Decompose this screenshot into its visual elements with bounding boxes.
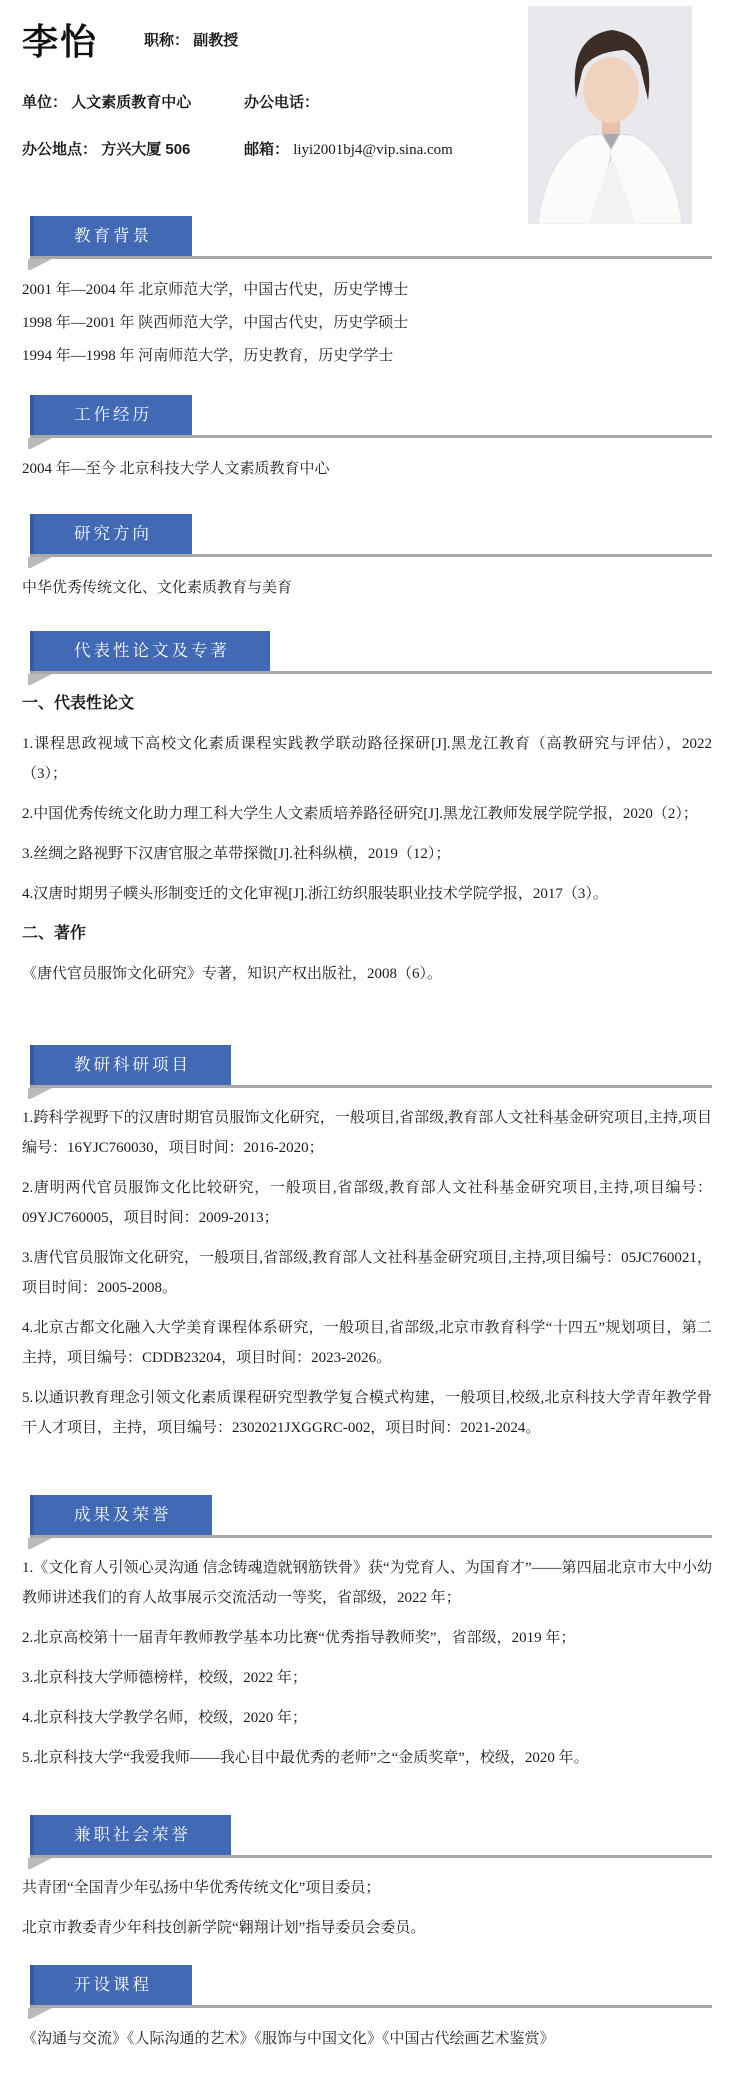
honors-heading: 成果及荣誉	[30, 1495, 212, 1535]
papers-subheading: 一、代表性论文	[22, 689, 712, 719]
book-item: 《唐代官员服饰文化研究》专著，知识产权出版社，2008（6）。	[22, 959, 712, 989]
heading-fold-decoration	[28, 2008, 52, 2019]
project-item: 1.跨科学视野下的汉唐时期官员服饰文化研究，一般项目,省部级,教育部人文社科基金…	[22, 1103, 712, 1163]
publications-list: 一、代表性论文 1.课程思政视域下高校文化素质课程实践教学联动路径探研[J].黑…	[22, 689, 712, 989]
education-heading-row: 教育背景	[22, 216, 712, 256]
projects-list: 1.跨科学视野下的汉唐时期官员服饰文化研究，一般项目,省部级,教育部人文社科基金…	[22, 1103, 712, 1443]
phone-label: 办公电话：	[244, 94, 319, 111]
research-heading-row: 研究方向	[22, 514, 712, 554]
books-subheading: 二、著作	[22, 919, 712, 949]
office-label: 办公地点：	[22, 141, 97, 158]
courses-list: 《沟通与交流》《人际沟通的艺术》《服饰与中国文化》《中国古代绘画艺术鉴赏》	[22, 2023, 712, 2056]
research-heading: 研究方向	[30, 514, 192, 554]
unit-field: 单位： 人文素质教育中心	[22, 91, 244, 112]
courses-heading: 开设课程	[30, 1965, 192, 2005]
education-item: 2001 年—2004 年 北京师范大学，中国古代史，历史学博士	[22, 274, 712, 307]
title-value: 副教授	[193, 32, 238, 49]
profile-name: 李怡	[22, 14, 98, 65]
section-education: 教育背景 2001 年—2004 年 北京师范大学，中国古代史，历史学博士 19…	[22, 216, 712, 373]
section-social-honors: 兼职社会荣誉 共青团“全国青少年弘扬中华优秀传统文化”项目委员； 北京市教委青少…	[22, 1815, 712, 1943]
publications-heading-row: 代表性论文及专著	[22, 631, 712, 671]
social-item: 北京市教委青少年科技创新学院“翱翔计划”指导委员会委员。	[22, 1913, 712, 1943]
work-item: 2004 年—至今 北京科技大学人文素质教育中心	[22, 453, 712, 486]
section-honors: 成果及荣誉 1.《文化育人引领心灵沟通 信念铸魂造就钢筋铁骨》获“为党育人、为国…	[22, 1495, 712, 1773]
projects-heading: 教研科研项目	[30, 1045, 231, 1085]
office-value: 方兴大厦 506	[101, 141, 190, 158]
heading-fold-decoration	[28, 259, 52, 270]
title-field: 职称： 副教授	[144, 29, 238, 50]
paper-item: 2.中国优秀传统文化助力理工科大学生人文素质培养路径研究[J].黑龙江教师发展学…	[22, 799, 712, 829]
unit-label: 单位：	[22, 94, 67, 111]
heading-fold-decoration	[28, 438, 52, 449]
social-list: 共青团“全国青少年弘扬中华优秀传统文化”项目委员； 北京市教委青少年科技创新学院…	[22, 1873, 712, 1943]
project-item: 5.以通识教育理念引领文化素质课程研究型教学复合模式构建，一般项目,校级,北京科…	[22, 1383, 712, 1443]
section-projects: 教研科研项目 1.跨科学视野下的汉唐时期官员服饰文化研究，一般项目,省部级,教育…	[22, 1045, 712, 1443]
email-value: liyi2001bj4@vip.sina.com	[293, 142, 453, 158]
work-heading: 工作经历	[30, 395, 192, 435]
profile-header: 李怡 职称： 副教授 单位： 人文素质教育中心 办公电话： 办公地点： 方兴大厦…	[22, 0, 712, 212]
paper-item: 1.课程思政视域下高校文化素质课程实践教学联动路径探研[J].黑龙江教育（高教研…	[22, 729, 712, 789]
research-item: 中华优秀传统文化、文化素质教育与美育	[22, 572, 712, 605]
heading-fold-decoration	[28, 674, 52, 685]
honors-heading-row: 成果及荣誉	[22, 1495, 712, 1535]
honor-item: 4.北京科技大学教学名师，校级，2020 年；	[22, 1703, 712, 1733]
honors-list: 1.《文化育人引领心灵沟通 信念铸魂造就钢筋铁骨》获“为党育人、为国育才”——第…	[22, 1553, 712, 1773]
projects-heading-row: 教研科研项目	[22, 1045, 712, 1085]
office-field: 办公地点： 方兴大厦 506	[22, 138, 244, 159]
phone-field: 办公电话：	[244, 91, 502, 112]
heading-fold-decoration	[28, 557, 52, 568]
education-item: 1998 年—2001 年 陕西师范大学，中国古代史，历史学硕士	[22, 307, 712, 340]
social-heading-row: 兼职社会荣誉	[22, 1815, 712, 1855]
faculty-profile-page: 李怡 职称： 副教授 单位： 人文素质教育中心 办公电话： 办公地点： 方兴大厦…	[0, 0, 738, 2086]
course-item: 《沟通与交流》《人际沟通的艺术》《服饰与中国文化》《中国古代绘画艺术鉴赏》	[22, 2023, 712, 2056]
email-label: 邮箱：	[244, 141, 289, 158]
section-research-direction: 研究方向 中华优秀传统文化、文化素质教育与美育	[22, 514, 712, 605]
email-field: 邮箱： liyi2001bj4@vip.sina.com	[244, 138, 502, 159]
social-heading: 兼职社会荣誉	[30, 1815, 231, 1855]
work-heading-row: 工作经历	[22, 395, 712, 435]
education-heading: 教育背景	[30, 216, 192, 256]
heading-fold-decoration	[28, 1538, 52, 1549]
paper-item: 3.丝绸之路视野下汉唐官服之革带探微[J].社科纵横，2019（12）；	[22, 839, 712, 869]
work-list: 2004 年—至今 北京科技大学人文素质教育中心	[22, 453, 712, 486]
paper-item: 4.汉唐时期男子幞头形制变迁的文化审视[J].浙江纺织服装职业技术学院学报，20…	[22, 879, 712, 909]
social-item: 共青团“全国青少年弘扬中华优秀传统文化”项目委员；	[22, 1873, 712, 1903]
section-work-experience: 工作经历 2004 年—至今 北京科技大学人文素质教育中心	[22, 395, 712, 486]
section-publications: 代表性论文及专著 一、代表性论文 1.课程思政视域下高校文化素质课程实践教学联动…	[22, 631, 712, 989]
heading-fold-decoration	[28, 1858, 52, 1869]
education-list: 2001 年—2004 年 北京师范大学，中国古代史，历史学博士 1998 年—…	[22, 274, 712, 373]
heading-fold-decoration	[28, 1088, 52, 1099]
research-list: 中华优秀传统文化、文化素质教育与美育	[22, 572, 712, 605]
project-item: 2.唐明两代官员服饰文化比较研究，一般项目,省部级,教育部人文社科基金研究项目,…	[22, 1173, 712, 1233]
section-courses: 开设课程 《沟通与交流》《人际沟通的艺术》《服饰与中国文化》《中国古代绘画艺术鉴…	[22, 1965, 712, 2056]
education-item: 1994 年—1998 年 河南师范大学，历史教育，历史学学士	[22, 340, 712, 373]
contact-info-grid: 单位： 人文素质教育中心 办公电话： 办公地点： 方兴大厦 506 邮箱： li…	[22, 91, 502, 159]
honor-item: 2.北京高校第十一届青年教师教学基本功比赛“优秀指导教师奖”，省部级，2019 …	[22, 1623, 712, 1653]
profile-photo	[528, 6, 692, 224]
honor-item: 5.北京科技大学“我爱我师——我心目中最优秀的老师”之“金质奖章”，校级，202…	[22, 1743, 712, 1773]
title-label: 职称：	[144, 32, 189, 49]
publications-heading: 代表性论文及专著	[30, 631, 270, 671]
courses-heading-row: 开设课程	[22, 1965, 712, 2005]
honor-item: 1.《文化育人引领心灵沟通 信念铸魂造就钢筋铁骨》获“为党育人、为国育才”——第…	[22, 1553, 712, 1613]
unit-value: 人文素质教育中心	[71, 94, 191, 111]
project-item: 3.唐代官员服饰文化研究，一般项目,省部级,教育部人文社科基金研究项目,主持,项…	[22, 1243, 712, 1303]
honor-item: 3.北京科技大学师德榜样，校级，2022 年；	[22, 1663, 712, 1693]
project-item: 4.北京古都文化融入大学美育课程体系研究，一般项目,省部级,北京市教育科学“十四…	[22, 1313, 712, 1373]
portrait-illustration	[528, 6, 692, 224]
